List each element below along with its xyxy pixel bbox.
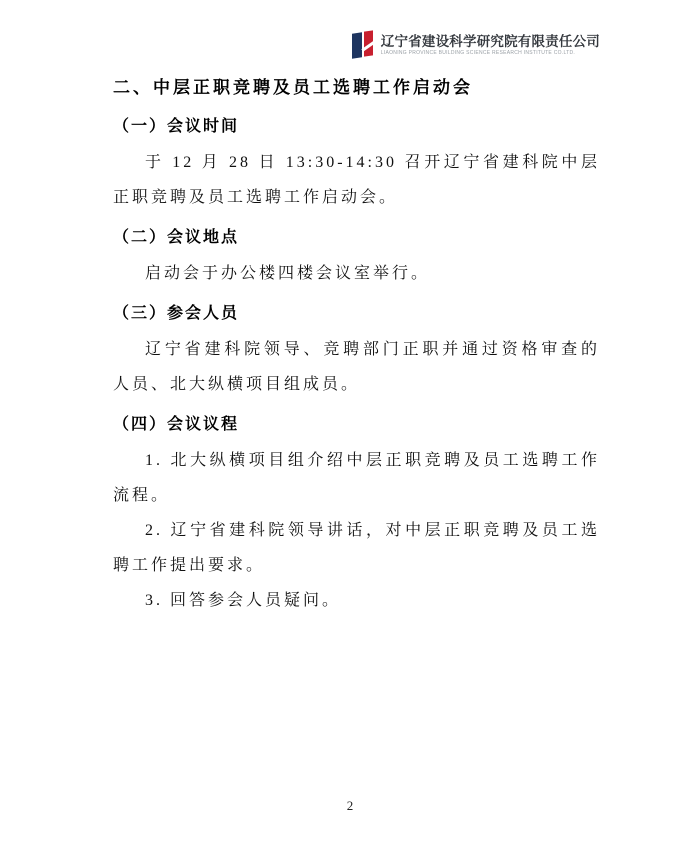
section-paragraph: 辽宁省建科院领导、竞聘部门正职并通过资格审查的人员、北大纵横项目组成员。 (113, 332, 600, 402)
section-meeting-place: （二）会议地点 启动会于办公楼四楼会议室举行。 (113, 225, 600, 291)
logo-navy-bar (352, 32, 362, 58)
section-paragraph: 于 12 月 28 日 13:30-14:30 召开辽宁省建科院中层正职竞聘及员… (113, 145, 600, 215)
agenda-item-2: 2. 辽宁省建科院领导讲话，对中层正职竞聘及员工选聘工作提出要求。 (113, 513, 600, 583)
document-page: 辽宁省建设科学研究院有限责任公司 LIAONING PROVINCE BUILD… (0, 0, 700, 864)
section-attendees: （三）参会人员 辽宁省建科院领导、竞聘部门正职并通过资格审查的人员、北大纵横项目… (113, 301, 600, 402)
section-heading: （三）参会人员 (113, 301, 600, 325)
company-logo: 辽宁省建设科学研究院有限责任公司 LIAONING PROVINCE BUILD… (351, 30, 600, 60)
section-paragraph: 启动会于办公楼四楼会议室举行。 (113, 256, 600, 291)
section-heading: （一）会议时间 (113, 114, 600, 138)
section-heading: （二）会议地点 (113, 225, 600, 249)
company-logo-icon (351, 30, 375, 60)
section-heading: （四）会议议程 (113, 412, 600, 436)
agenda-item-1: 1. 北大纵横项目组介绍中层正职竞聘及员工选聘工作流程。 (113, 443, 600, 513)
document-title: 二、中层正职竞聘及员工选聘工作启动会 (113, 76, 600, 100)
document-content: 二、中层正职竞聘及员工选聘工作启动会 （一）会议时间 于 12 月 28 日 1… (113, 76, 600, 618)
company-name-cn: 辽宁省建设科学研究院有限责任公司 (381, 34, 600, 50)
section-meeting-time: （一）会议时间 于 12 月 28 日 13:30-14:30 召开辽宁省建科院… (113, 114, 600, 215)
page-number: 2 (0, 798, 700, 814)
company-logo-text: 辽宁省建设科学研究院有限责任公司 LIAONING PROVINCE BUILD… (381, 34, 600, 57)
agenda-item-3: 3. 回答参会人员疑问。 (113, 583, 600, 618)
section-agenda: （四）会议议程 1. 北大纵横项目组介绍中层正职竞聘及员工选聘工作流程。 2. … (113, 412, 600, 618)
company-name-en: LIAONING PROVINCE BUILDING SCIENCE RESEA… (381, 50, 600, 57)
